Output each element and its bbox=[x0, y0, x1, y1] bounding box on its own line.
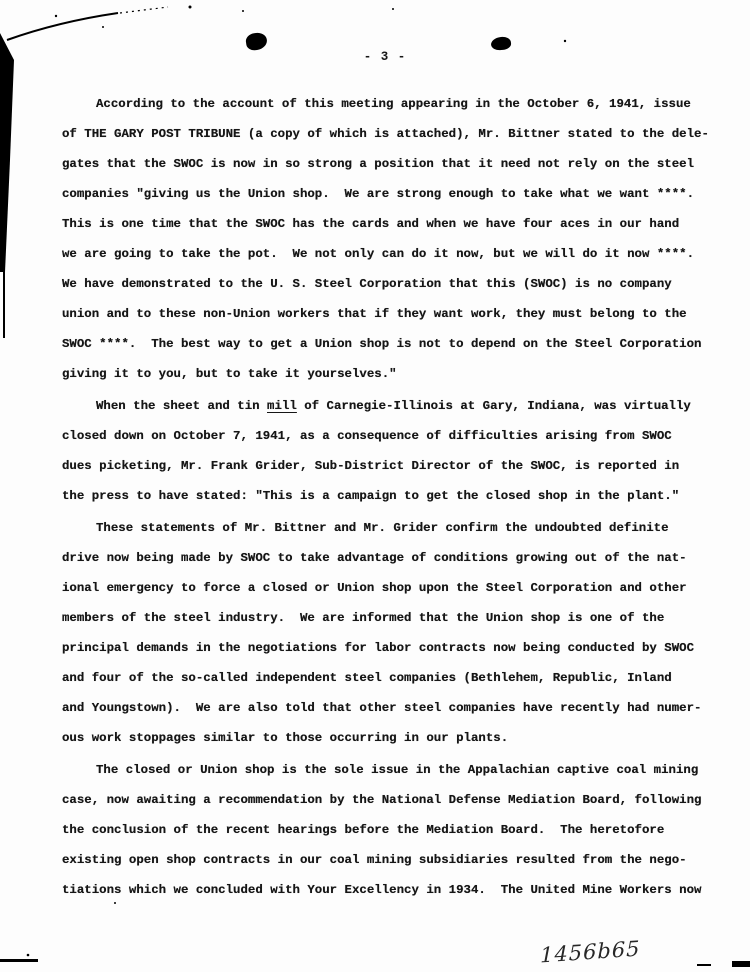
text-line: and Youngstown). We are also told that o… bbox=[62, 693, 727, 723]
handwritten-mark: 1456b65 bbox=[540, 936, 640, 967]
text-line: the conclusion of the recent hearings be… bbox=[62, 815, 727, 845]
speck bbox=[102, 26, 104, 28]
paragraph-2: When the sheet and tin mill of Carnegie-… bbox=[62, 391, 727, 511]
text-line: This is one time that the SWOC has the c… bbox=[62, 209, 727, 239]
text-line: gates that the SWOC is now in so strong … bbox=[62, 149, 727, 179]
text-line: We have demonstrated to the U. S. Steel … bbox=[62, 269, 727, 299]
scratch-line-dotted bbox=[120, 7, 168, 13]
text-line: case, now awaiting a recommendation by t… bbox=[62, 785, 727, 815]
paragraph-4: The closed or Union shop is the sole iss… bbox=[62, 755, 727, 905]
left-edge-shadow bbox=[0, 33, 14, 272]
text-line: union and to these non-Union workers tha… bbox=[62, 299, 727, 329]
speck bbox=[27, 954, 30, 957]
text-line: The closed or Union shop is the sole iss… bbox=[62, 755, 727, 785]
speck bbox=[564, 40, 566, 42]
scratch-line bbox=[7, 13, 118, 40]
speck bbox=[55, 15, 57, 17]
speck bbox=[189, 6, 192, 9]
text-line: the press to have stated: "This is a cam… bbox=[62, 481, 727, 511]
text-line: existing open shop contracts in our coal… bbox=[62, 845, 727, 875]
text-line: of THE GARY POST TRIBUNE (a copy of whic… bbox=[62, 119, 727, 149]
ink-blot-left bbox=[245, 32, 268, 52]
bottom-left-mark bbox=[0, 959, 38, 962]
text-line: principal demands in the negotiations fo… bbox=[62, 633, 727, 663]
text-line: we are going to take the pot. We not onl… bbox=[62, 239, 727, 269]
speck bbox=[392, 8, 394, 10]
text-segment: When the sheet and tin bbox=[96, 399, 267, 413]
underlined-word: mill bbox=[267, 399, 297, 413]
text-segment: of Carnegie-Illinois at Gary, Indiana, w… bbox=[297, 399, 691, 413]
text-line: When the sheet and tin mill of Carnegie-… bbox=[62, 391, 727, 421]
text-line: closed down on October 7, 1941, as a con… bbox=[62, 421, 727, 451]
speck bbox=[242, 10, 244, 12]
text-line: According to the account of this meeting… bbox=[62, 89, 727, 119]
document-page: - 3 - According to the account of this m… bbox=[0, 0, 750, 972]
document-body: According to the account of this meeting… bbox=[62, 89, 727, 905]
left-edge-line bbox=[3, 270, 5, 338]
bottom-right-mark bbox=[732, 961, 750, 967]
text-line: These statements of Mr. Bittner and Mr. … bbox=[62, 513, 727, 543]
page-number: - 3 - bbox=[20, 50, 750, 64]
paragraph-3: These statements of Mr. Bittner and Mr. … bbox=[62, 513, 727, 753]
bottom-right-dash bbox=[697, 964, 711, 966]
text-line: drive now being made by SWOC to take adv… bbox=[62, 543, 727, 573]
text-line: ional emergency to force a closed or Uni… bbox=[62, 573, 727, 603]
ink-blot-right bbox=[490, 36, 511, 51]
text-line: companies "giving us the Union shop. We … bbox=[62, 179, 727, 209]
text-line: SWOC ****. The best way to get a Union s… bbox=[62, 329, 727, 359]
text-line: giving it to you, but to take it yoursel… bbox=[62, 359, 727, 389]
text-line: tiations which we concluded with Your Ex… bbox=[62, 875, 727, 905]
text-line: dues picketing, Mr. Frank Grider, Sub-Di… bbox=[62, 451, 727, 481]
paragraph-1: According to the account of this meeting… bbox=[62, 89, 727, 389]
text-line: members of the steel industry. We are in… bbox=[62, 603, 727, 633]
text-line: ous work stoppages similar to those occu… bbox=[62, 723, 727, 753]
text-line: and four of the so-called independent st… bbox=[62, 663, 727, 693]
